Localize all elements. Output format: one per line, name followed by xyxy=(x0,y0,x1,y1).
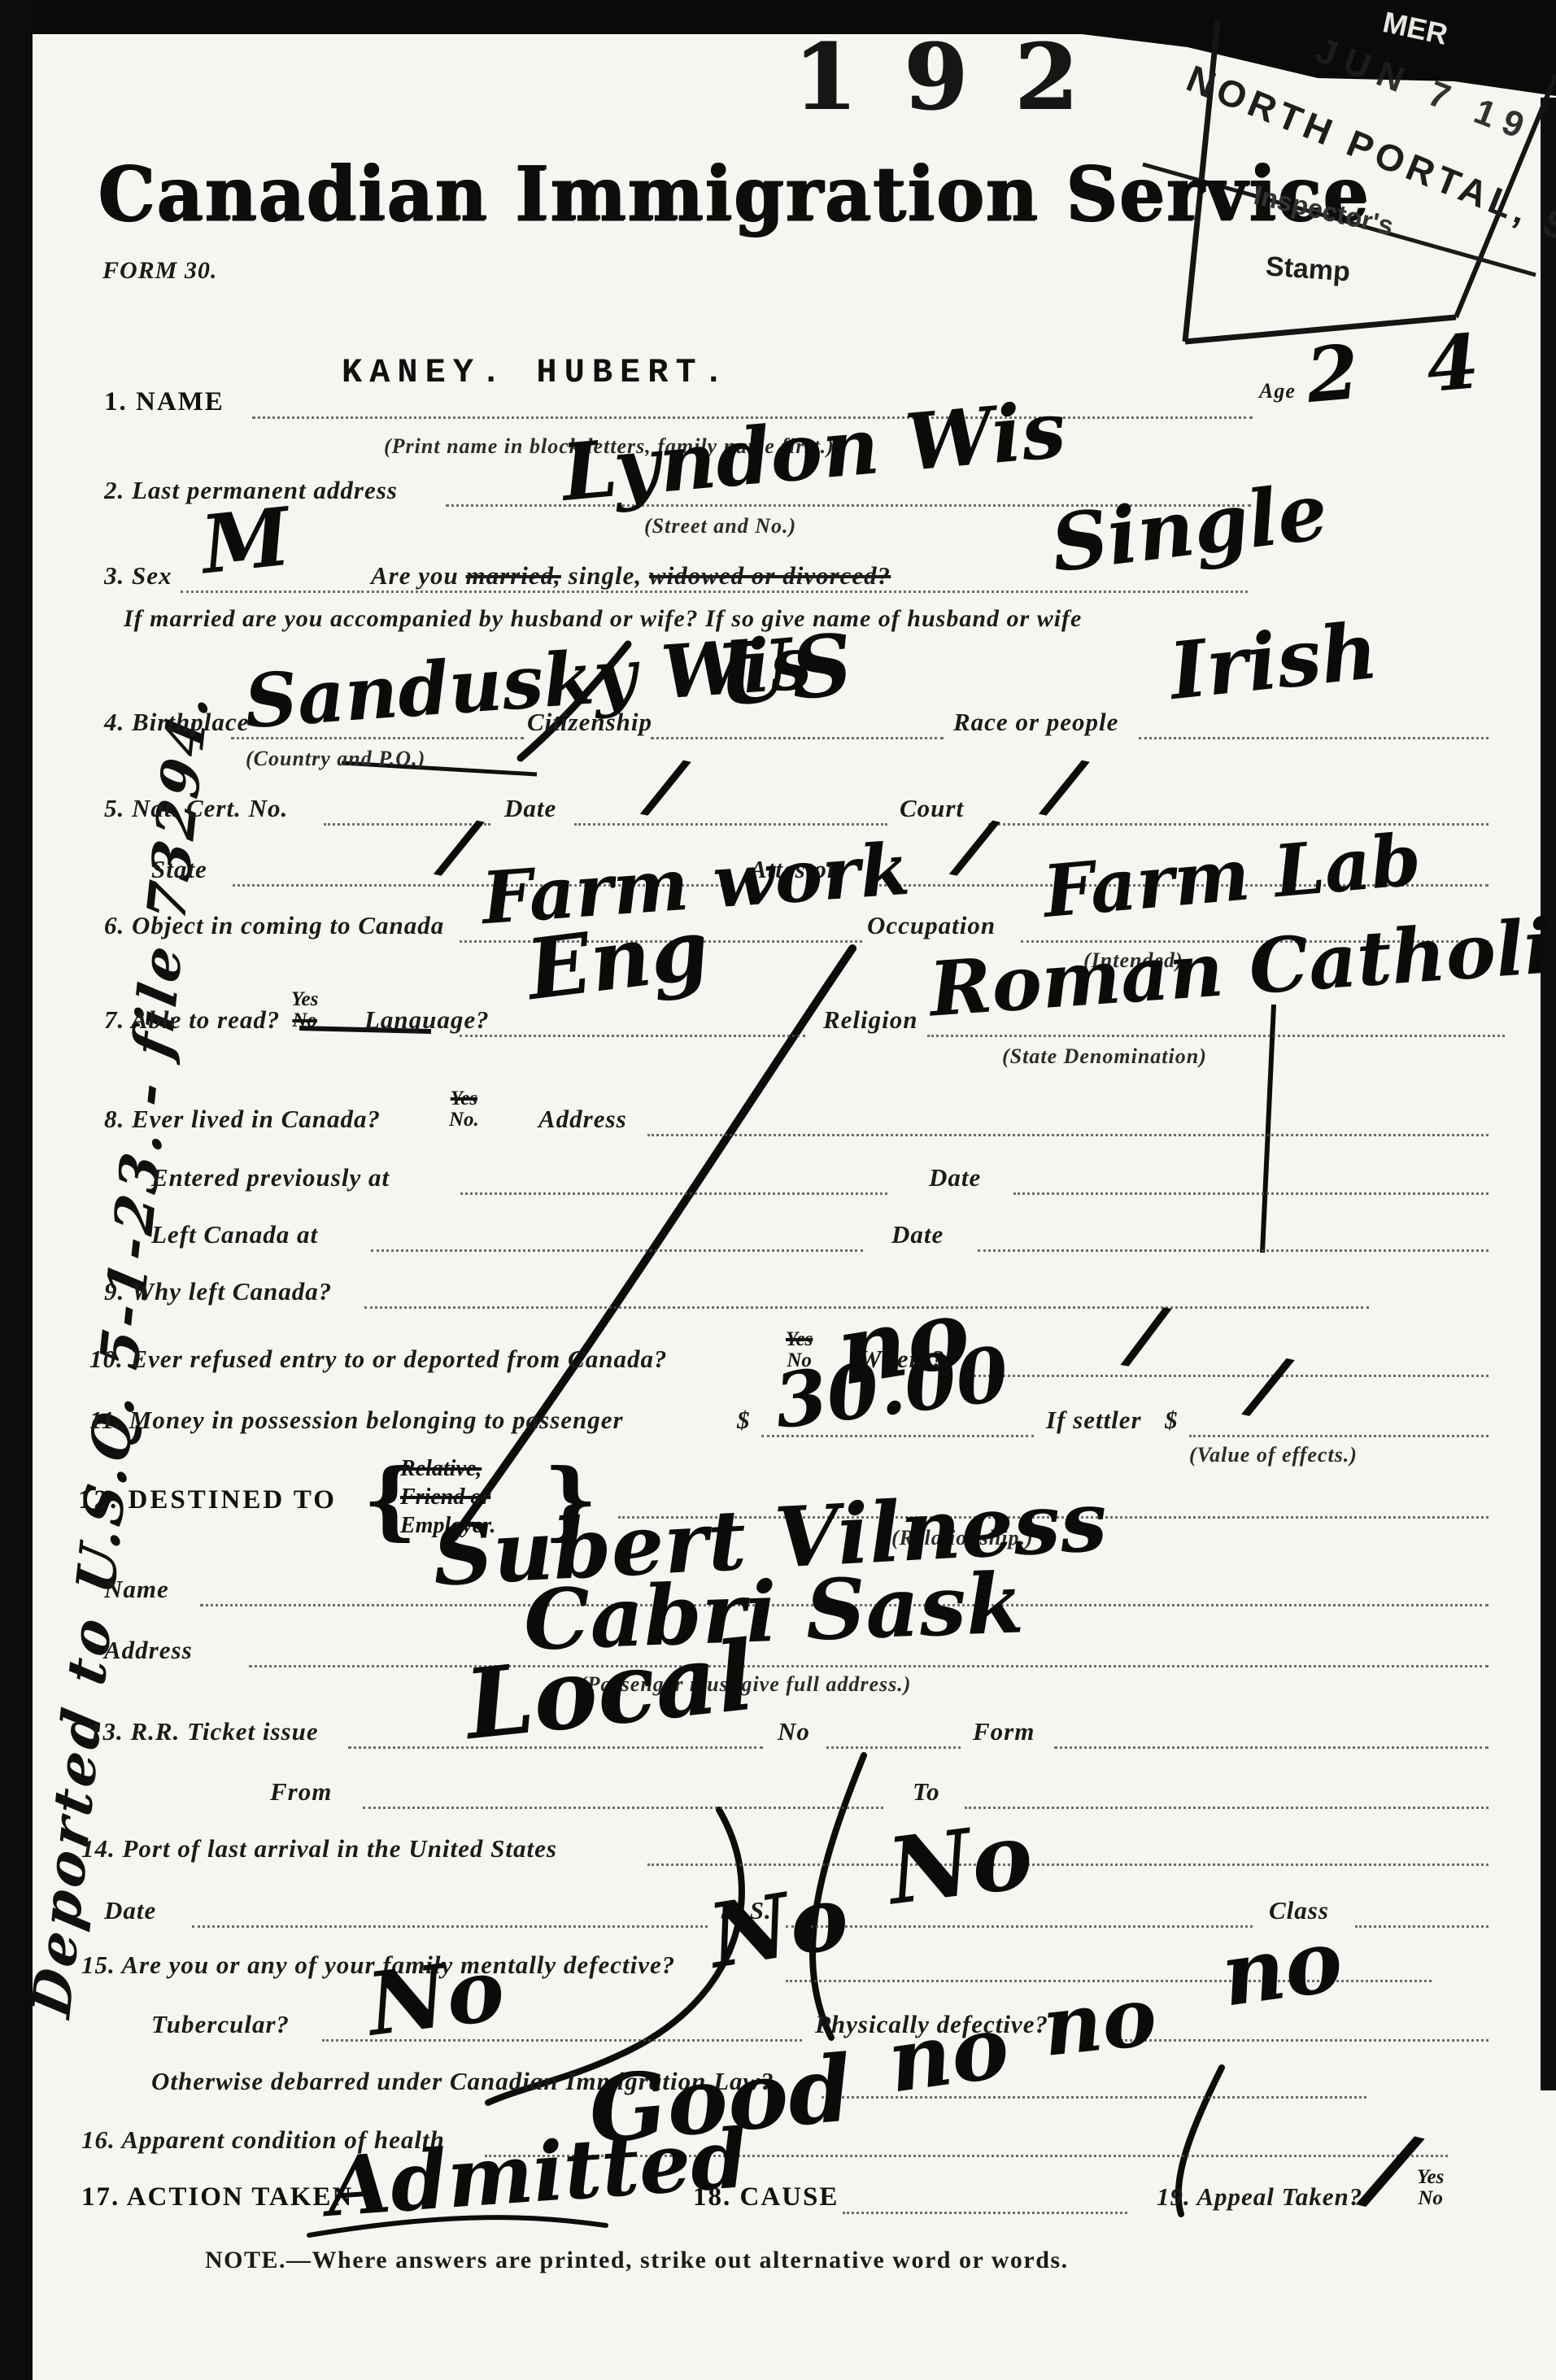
field1-name-value: KANEY. HUBERT. xyxy=(342,353,731,392)
field11-currency: $ xyxy=(737,1406,751,1435)
field15-debarred-value: no xyxy=(882,1994,1015,2112)
field13-form-label: Form xyxy=(973,1717,1035,1746)
field13-label: 13. R.R. Ticket issue xyxy=(89,1717,319,1746)
field8-left-date-label: Date xyxy=(891,1220,944,1249)
stamp-corner-fragment: MER xyxy=(1380,5,1451,52)
field13-value: Local xyxy=(460,1619,759,1761)
field1-label: 1. NAME xyxy=(104,387,224,417)
field3-sex-value: M xyxy=(197,490,294,593)
field8-left-label: Left Canada at xyxy=(151,1220,318,1249)
field6-label: 6. Object in coming to Canada xyxy=(104,911,444,940)
field7-language-value: Eng xyxy=(522,900,714,1019)
field5-date-value: / xyxy=(643,740,688,832)
stamp-box-label-bottom: Stamp xyxy=(1265,251,1351,288)
field13-no-label: No xyxy=(778,1717,810,1746)
field8-yesno-stack: Yes No. xyxy=(449,1088,479,1130)
field12-option-relative: Relative, xyxy=(400,1454,495,1483)
field3-question-prefix: Are you xyxy=(371,561,459,590)
field12-address-label: Address xyxy=(104,1636,193,1665)
field5-state-value: / xyxy=(437,800,482,892)
field7-yesno-stack: Yes No xyxy=(291,989,318,1031)
field18-cause-label: 18. CAUSE xyxy=(693,2182,839,2212)
field11-settler-label: If settler xyxy=(1046,1406,1142,1435)
field8-entered-label: Entered previously at xyxy=(151,1163,390,1192)
scan-border-top xyxy=(0,0,1556,34)
field1-age-label: Age xyxy=(1259,379,1296,403)
scan-border-left xyxy=(0,0,33,2380)
field3-option-married: married, xyxy=(466,561,561,590)
field11-settler-value: / xyxy=(1245,1337,1292,1433)
immigration-form-scan: 192 Canadian Immigration Service FORM 30… xyxy=(0,0,1556,2380)
field13-from-label: From xyxy=(270,1777,332,1807)
field1-age-value: 2 4 xyxy=(1303,316,1504,420)
field5-court-value: / xyxy=(1042,740,1087,832)
field9-label: 9. Why left Canada? xyxy=(104,1277,332,1306)
field15-physical-value: no xyxy=(1038,1968,1161,2075)
field5-date-label: Date xyxy=(504,794,556,823)
field4-citizenship-label: Citizenship xyxy=(527,708,652,737)
field8-label: 8. Ever lived in Canada? xyxy=(104,1105,381,1134)
field7-no: No xyxy=(291,1010,318,1031)
field15-tubercular-label: Tubercular? xyxy=(151,2010,290,2039)
field10-yes: Yes xyxy=(786,1329,813,1350)
field7-religion-value: Roman Catholic xyxy=(926,899,1556,1033)
scan-border-right xyxy=(1541,98,1556,2090)
field19-no: No xyxy=(1417,2188,1444,2209)
field3-answer: Single xyxy=(1046,465,1332,591)
field3-question: Are you married, single, widowed or divo… xyxy=(371,561,891,591)
field5-label: 5. Nat. Cert. No. xyxy=(104,794,288,823)
field14-ss-value: No xyxy=(883,1802,1039,1926)
field14-date-label: Date xyxy=(104,1896,156,1925)
pen-stroke-vertical xyxy=(1262,1005,1274,1253)
field15-answer-right: no xyxy=(1215,1908,1349,2025)
field10-slash: / xyxy=(1124,1287,1168,1382)
field3-label: 3. Sex xyxy=(104,561,172,591)
field7-yes: Yes xyxy=(291,989,318,1010)
field7-label: 7. Able to read? xyxy=(104,1005,280,1035)
field4-race-label: Race or people xyxy=(953,708,1118,737)
field4-race-value: Irish xyxy=(1166,604,1382,717)
field19-yesno-stack: Yes No xyxy=(1417,2167,1444,2208)
field13-to-label: To xyxy=(913,1777,940,1807)
field3-option-single: single, xyxy=(569,561,643,590)
field12-name-label: Name xyxy=(104,1575,169,1604)
field5-court-label: Court xyxy=(900,794,964,823)
field7-language-label: Language? xyxy=(364,1005,490,1035)
field14-label: 14. Port of last arrival in the United S… xyxy=(81,1834,557,1863)
field10-label: 10. Ever refused entry to or deported fr… xyxy=(89,1345,667,1374)
field8-no: No. xyxy=(449,1109,479,1131)
field17-label: 17. ACTION TAKEN xyxy=(81,2182,353,2212)
field2-caption: (Street and No.) xyxy=(644,514,796,538)
field15-answer: No xyxy=(702,1865,855,1988)
field7-caption: (State Denomination) xyxy=(1002,1044,1207,1069)
field19-appeal-label: 19. Appeal Taken? xyxy=(1157,2182,1362,2212)
field3-line2: If married are you accompanied by husban… xyxy=(124,605,1082,633)
field19-yes: Yes xyxy=(1417,2167,1444,2188)
form-number-label: FORM 30. xyxy=(102,257,217,285)
field6-occupation-label: Occupation xyxy=(867,911,996,940)
field5-state-label: State xyxy=(151,855,207,884)
field2-value: Lyndon Wis xyxy=(558,383,1069,519)
field11-settler-currency: $ xyxy=(1165,1406,1179,1435)
field15-tubercular-value: No xyxy=(362,1938,510,2055)
field8-address-label: Address xyxy=(538,1105,627,1134)
field4-citizenship-value: US xyxy=(713,614,856,726)
field11-caption: (Value of effects.) xyxy=(1189,1443,1358,1467)
field3-option-widowed-divorced: widowed or divorced? xyxy=(649,561,891,590)
field4-caption: (Country and P.O.) xyxy=(246,747,425,771)
field8-entered-date-label: Date xyxy=(929,1163,981,1192)
year-fragment: 192 xyxy=(793,24,1125,131)
footer-note: NOTE.—Where answers are printed, strike … xyxy=(205,2247,1069,2274)
field12-label: 12. DESTINED TO xyxy=(78,1485,337,1515)
field19-appeal-mark: / xyxy=(1360,2109,1423,2229)
field8-yes: Yes xyxy=(449,1088,479,1109)
field7-religion-label: Religion xyxy=(823,1005,918,1035)
field4-label: 4. Birthplace xyxy=(104,708,249,737)
page-title: Canadian Immigration Service xyxy=(98,150,1370,238)
field11-label: 11. Money in possession belonging to pas… xyxy=(89,1406,624,1435)
